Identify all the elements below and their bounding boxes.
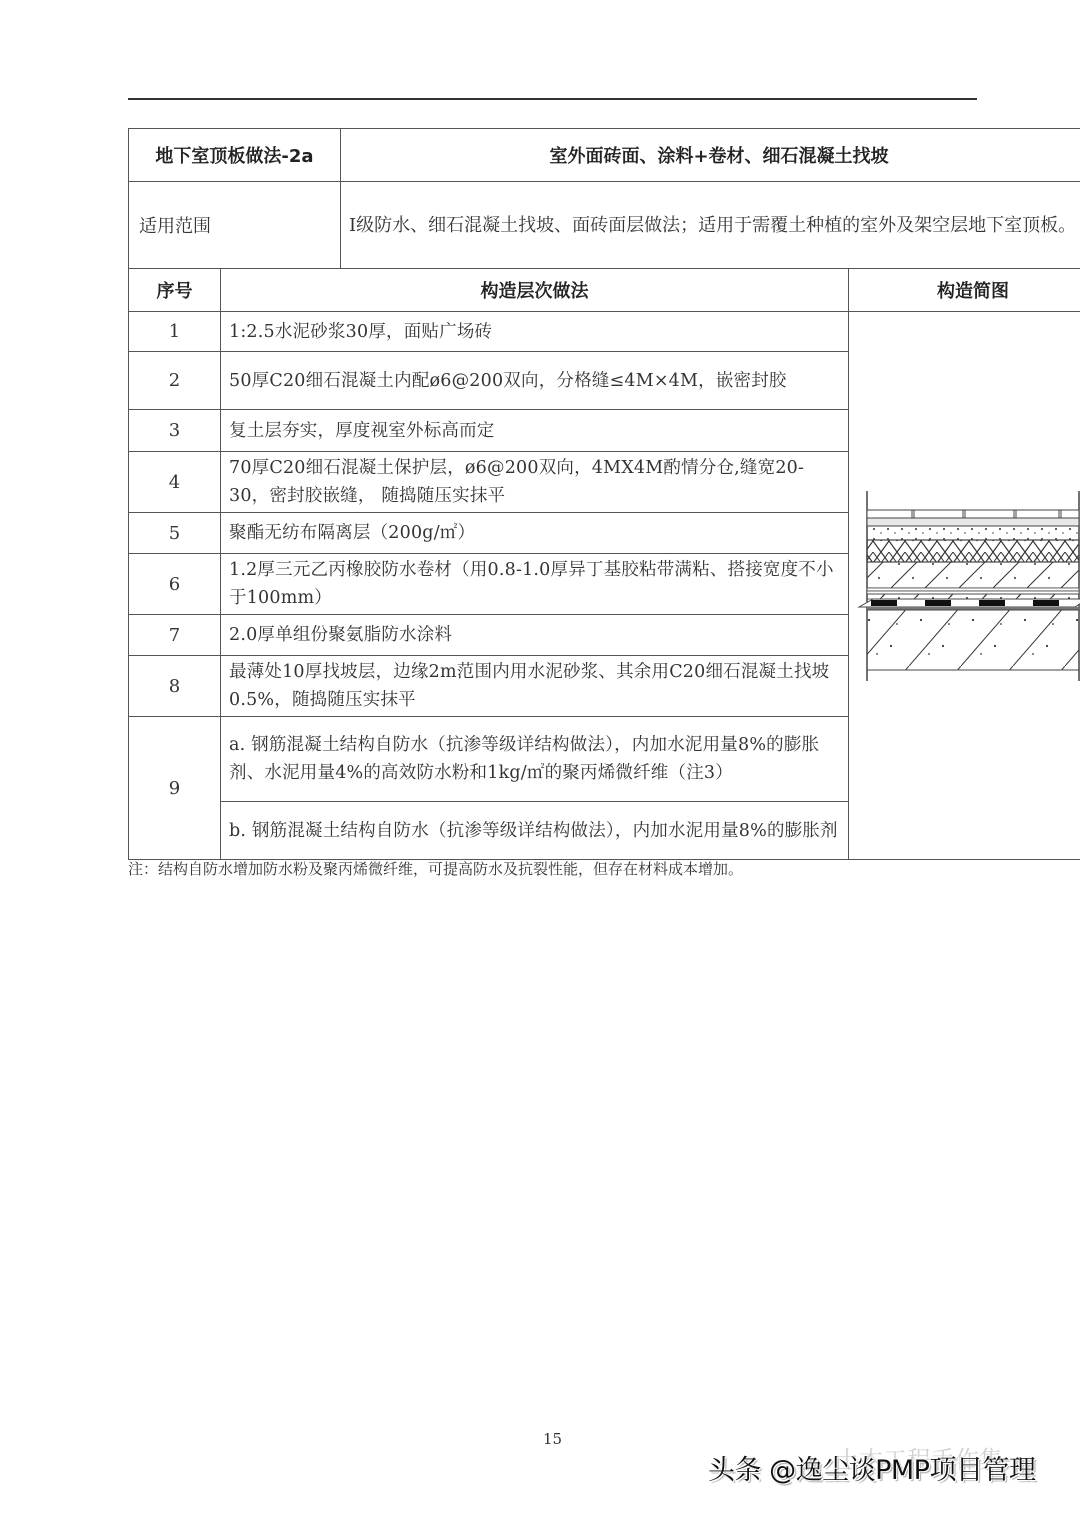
row-seq: 9: [129, 717, 221, 860]
title-row: 地下室顶板做法-2a 室外面砖面、涂料+卷材、细石混凝土找坡: [129, 129, 1080, 182]
row-text-a: a. 钢筋混凝土结构自防水（抗渗等级详结构做法），内加水泥用量8%的膨胀剂、水泥…: [221, 717, 849, 802]
scope-row: 适用范围 I级防水、细石混凝土找坡、面砖面层做法；适用于需覆土种植的室外及架空层…: [129, 182, 1080, 269]
table-row: 1 1:2.5水泥砂浆30厚，面贴广场砖: [129, 312, 1080, 352]
column-header-seq: 序号: [129, 269, 221, 312]
column-header-row: 序号 构造层次做法 构造简图: [129, 269, 1080, 312]
row-text: 聚酯无纺布隔离层（200g/㎡）: [221, 513, 849, 554]
scope-text: I级防水、细石混凝土找坡、面砖面层做法；适用于需覆土种植的室外及架空层地下室顶板…: [341, 182, 1080, 269]
row-text-b: b. 钢筋混凝土结构自防水（抗渗等级详结构做法），内加水泥用量8%的膨胀剂: [221, 802, 849, 860]
row-seq: 8: [129, 656, 221, 717]
column-header-method: 构造层次做法: [221, 269, 849, 312]
title-code: 地下室顶板做法-2a: [129, 129, 341, 182]
row-text: 70厚C20细石混凝土保护层，ø6@200双向，4MX4M酌情分仓,缝宽20-3…: [221, 452, 849, 513]
construction-diagram-cell: [849, 312, 1080, 860]
row-seq: 1: [129, 312, 221, 352]
row-text: 1:2.5水泥砂浆30厚，面贴广场砖: [221, 312, 849, 352]
row-seq: 6: [129, 554, 221, 615]
title-description: 室外面砖面、涂料+卷材、细石混凝土找坡: [341, 129, 1080, 182]
row-text: 1.2厚三元乙丙橡胶防水卷材（用0.8-1.0厚异丁基胶粘带满粘、搭接宽度不小于…: [221, 554, 849, 615]
construction-spec-table: 地下室顶板做法-2a 室外面砖面、涂料+卷材、细石混凝土找坡 适用范围 I级防水…: [128, 128, 1080, 860]
watermark: 头条 @逸尘谈PMP项目管理: [708, 1448, 1035, 1487]
row-text: 复土层夯实，厚度视室外标高而定: [221, 410, 849, 452]
row-seq: 4: [129, 452, 221, 513]
row-seq: 7: [129, 615, 221, 656]
row-text: 最薄处10厚找坡层，边缘2m范围内用水泥砂浆、其余用C20细石混凝土找坡0.5%…: [221, 656, 849, 717]
row-text: 2.0厚单组份聚氨脂防水涂料: [221, 615, 849, 656]
header-rule: [128, 98, 977, 100]
row-text: 50厚C20细石混凝土内配ø6@200双向，分格缝≤4M×4M，嵌密封胶: [221, 352, 849, 410]
row-seq: 2: [129, 352, 221, 410]
page-number: 15: [543, 1430, 562, 1448]
column-header-diagram: 构造简图: [849, 269, 1080, 312]
layer-section-diagram: [857, 486, 1080, 686]
scope-label: 适用范围: [129, 182, 341, 269]
footnote: 注：结构自防水增加防水粉及聚丙烯微纤维，可提高防水及抗裂性能，但存在材料成本增加…: [128, 858, 743, 879]
row-seq: 3: [129, 410, 221, 452]
row-seq: 5: [129, 513, 221, 554]
